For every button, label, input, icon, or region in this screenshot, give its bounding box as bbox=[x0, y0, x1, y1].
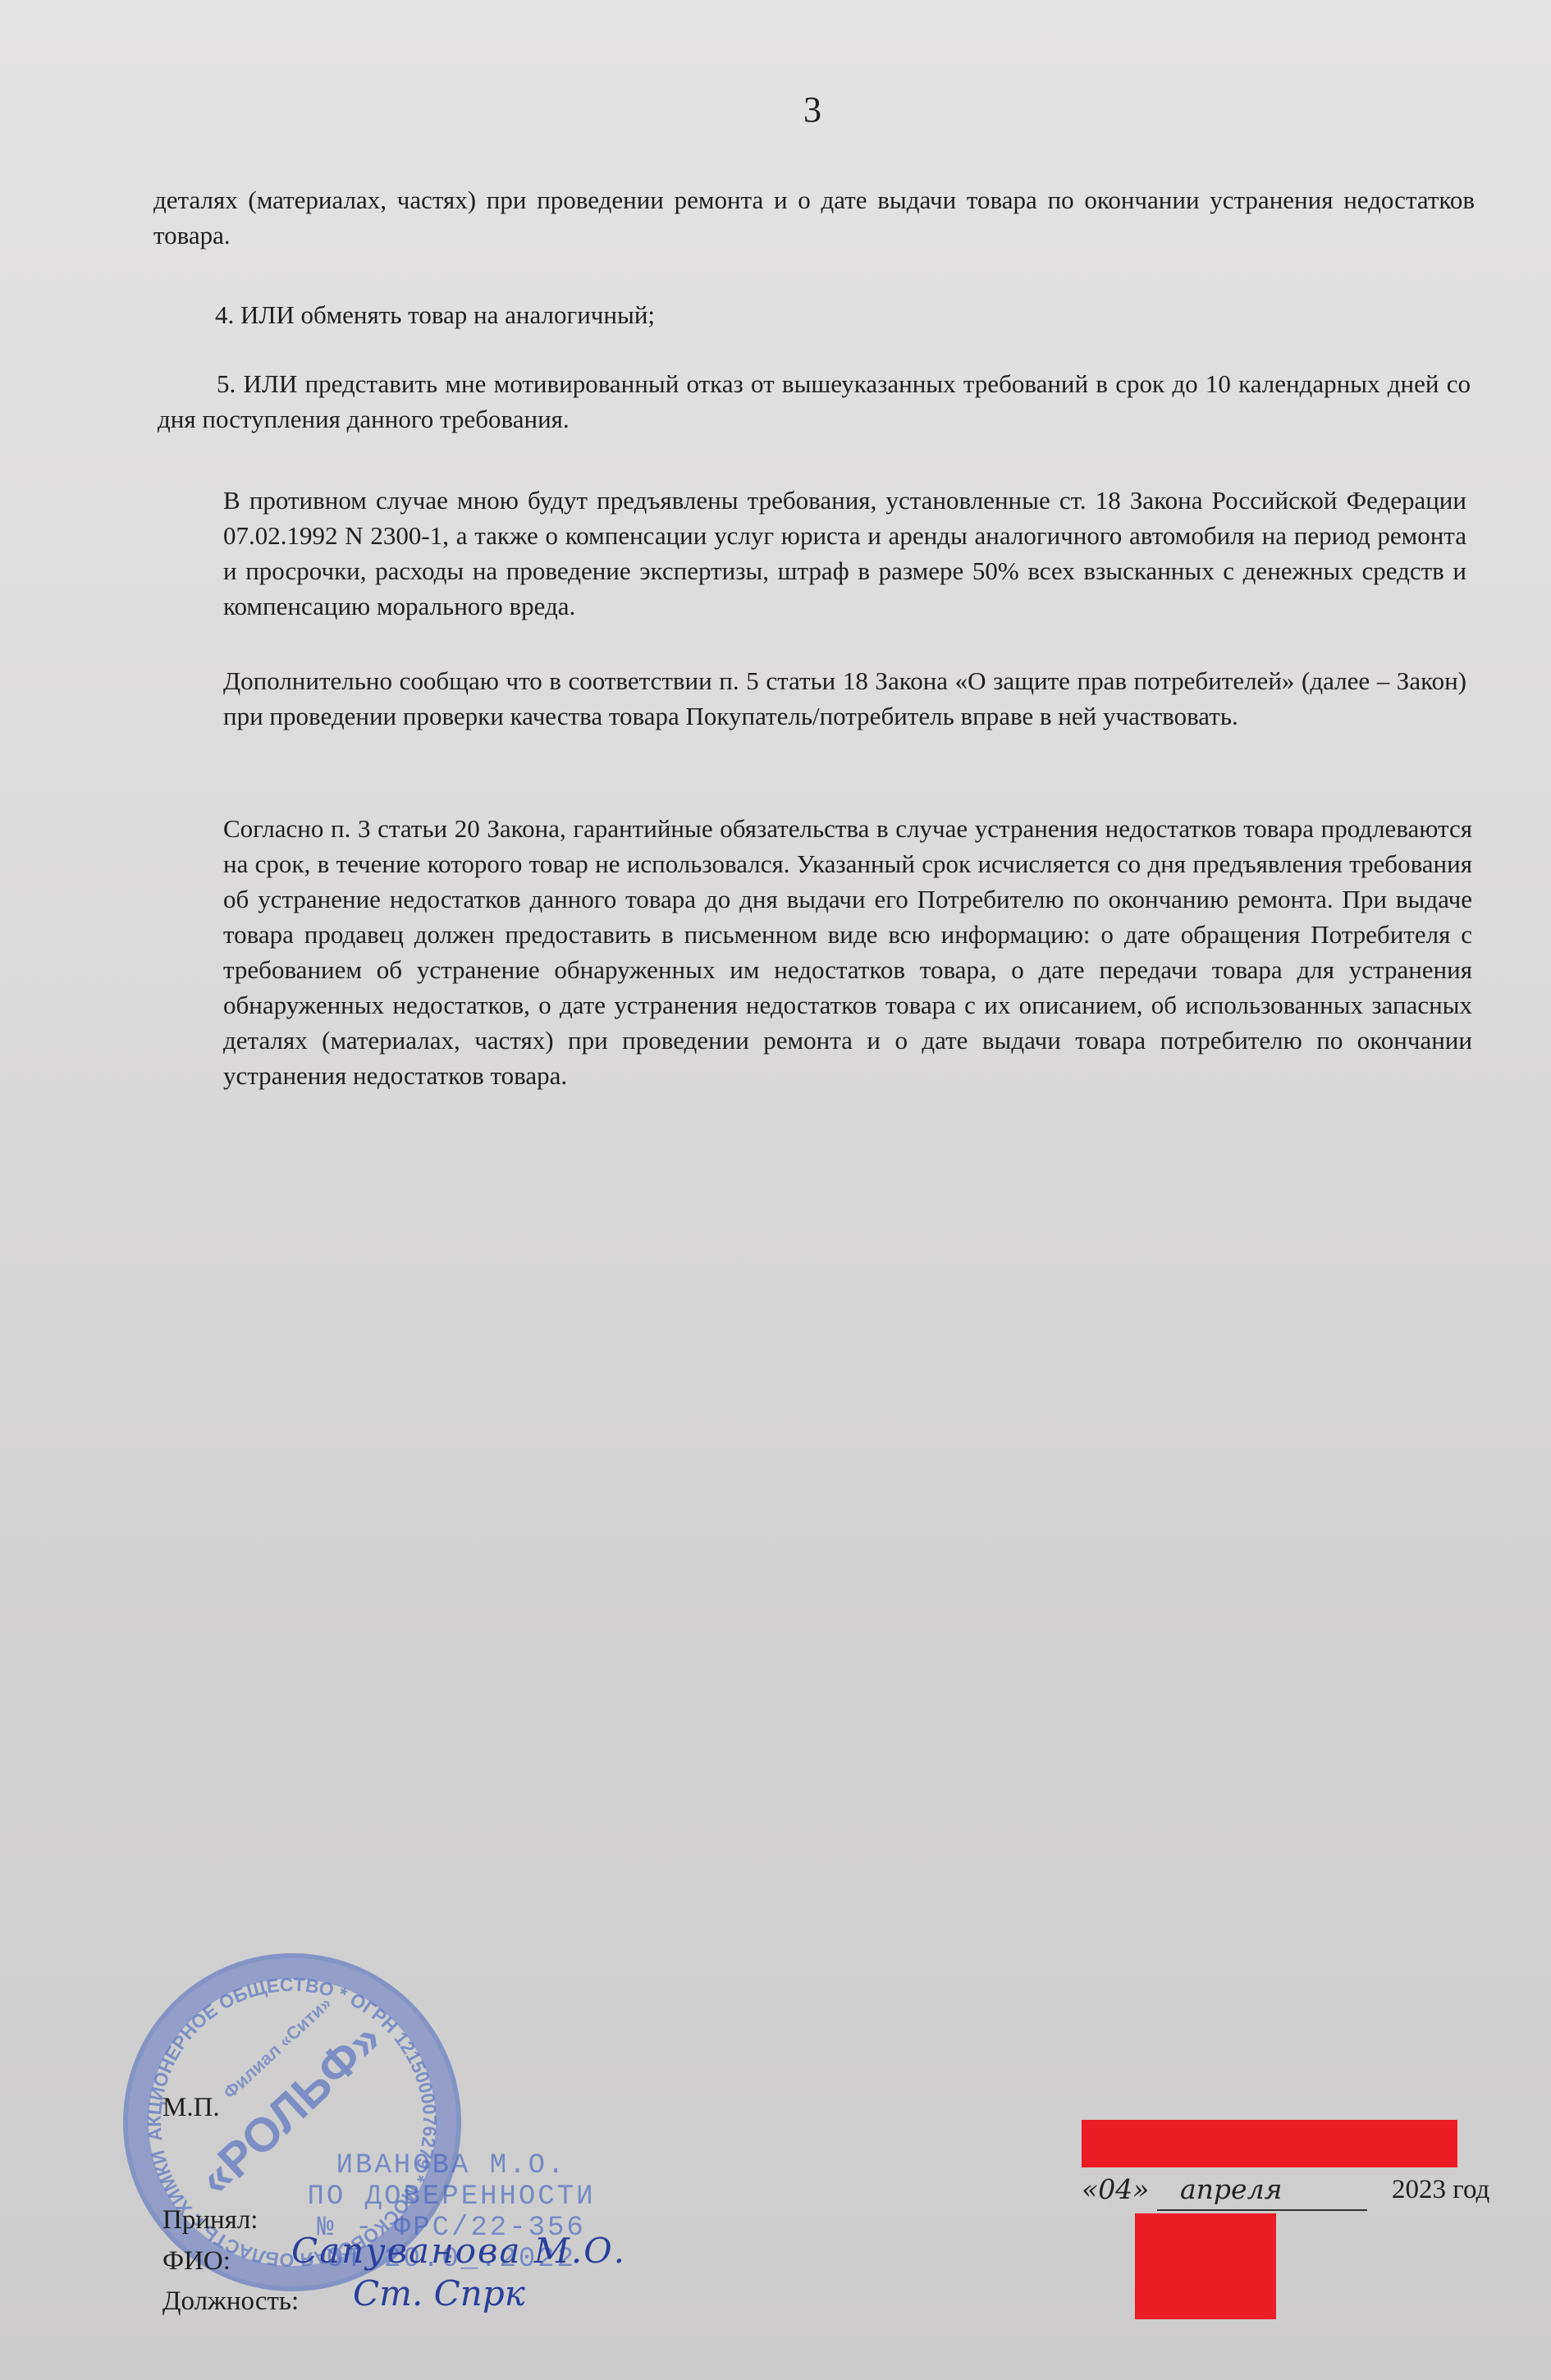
date-year: 2023 год bbox=[1392, 2175, 1489, 2205]
paragraph-quality-check: Дополнительно сообщаю что в соответствии… bbox=[223, 663, 1466, 734]
mp-label: М.П. bbox=[162, 2093, 220, 2123]
paragraph-claims: В противном случае мною будут предъявлен… bbox=[223, 483, 1466, 624]
redaction-block bbox=[1135, 2213, 1276, 2319]
handwritten-position: Ст. Спрк bbox=[353, 2273, 525, 2314]
position-label: Должность: bbox=[162, 2286, 299, 2317]
list-item-number: 5. bbox=[217, 369, 236, 398]
paragraph-warranty: Согласно п. 3 статьи 20 Закона, гарантий… bbox=[223, 811, 1472, 1093]
date-day: «04» bbox=[1082, 2173, 1149, 2205]
continuation-paragraph: деталях (материалах, частях) при проведе… bbox=[153, 182, 1475, 253]
page-number: 3 bbox=[0, 89, 1551, 130]
proxy-stamp-line: ПО ДОВЕРЕННОСТИ bbox=[279, 2181, 624, 2213]
list-item-text: ИЛИ представить мне мотивированный отказ… bbox=[158, 369, 1471, 433]
redaction-block bbox=[1082, 2120, 1457, 2167]
list-item-number: 4. bbox=[215, 300, 234, 329]
list-item-text: ИЛИ обменять товар на аналогичный; bbox=[240, 300, 655, 329]
list-item-5: 5. ИЛИ представить мне мотивированный от… bbox=[158, 366, 1471, 437]
handwritten-fio: Сапуванова М.О. bbox=[291, 2231, 626, 2271]
fio-label: ФИО: bbox=[162, 2246, 231, 2277]
proxy-stamp-line: ИВАНОВА М.О. bbox=[279, 2150, 624, 2181]
date-month: апреля bbox=[1157, 2173, 1367, 2211]
accepted-label: Принял: bbox=[162, 2205, 258, 2236]
list-item-4: 4. ИЛИ обменять товар на аналогичный; bbox=[215, 297, 655, 332]
